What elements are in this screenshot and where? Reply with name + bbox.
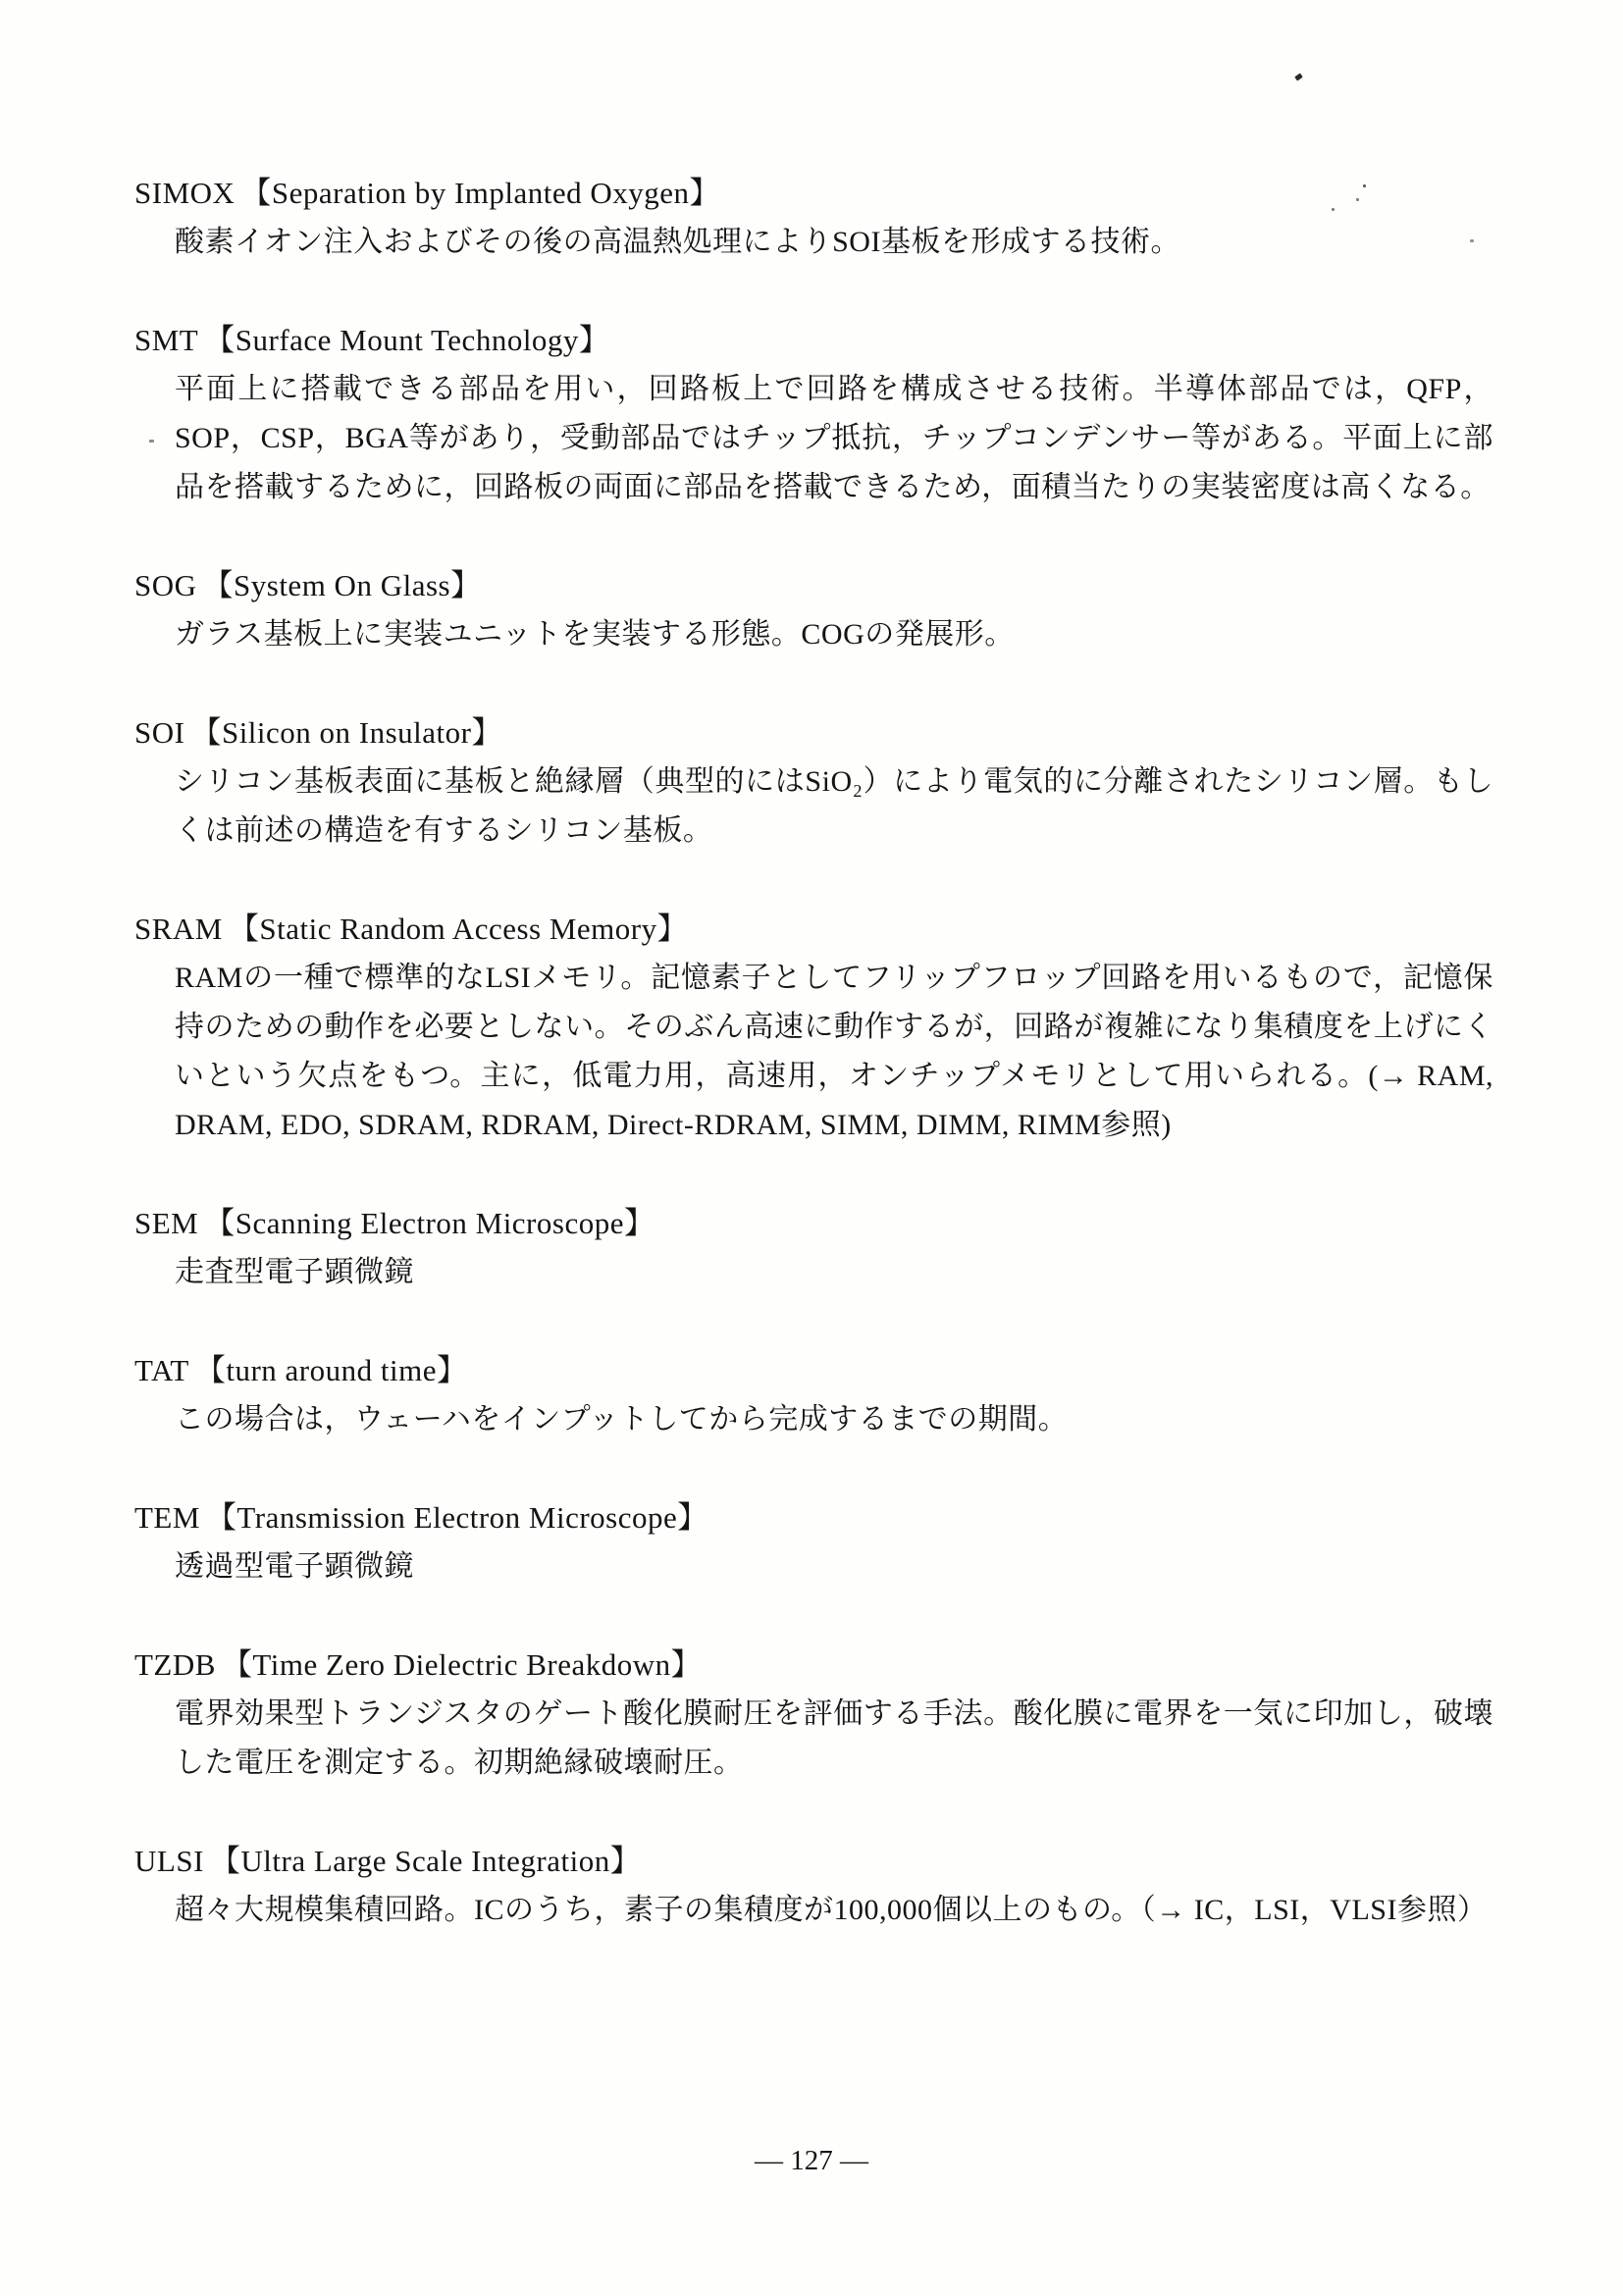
term-abbreviation: SIMOX — [134, 176, 235, 210]
glossary-entry-simox: SIMOX【Separation by Implanted Oxygen】 酸素… — [134, 169, 1493, 267]
entry-header: SOI【Silicon on Insulator】 — [134, 708, 1493, 757]
page-number: — 127 — — [0, 2145, 1623, 2176]
entry-header: SIMOX【Separation by Implanted Oxygen】 — [134, 169, 1493, 218]
term-definition: シリコン基板表面に基板と絶縁層（典型的にはSiO₂）により電気的に分離されたシリ… — [134, 757, 1493, 856]
term-full-name: 【Ultra Large Scale Integration】 — [210, 1844, 641, 1878]
term-definition: RAMの一種で標準的なLSIメモリ。記憶素子としてフリップフロップ回路を用いるも… — [134, 954, 1493, 1150]
glossary-entry-tat: TAT【turn around time】 この場合は，ウェーハをインプットして… — [134, 1346, 1493, 1444]
term-definition: 超々大規模集積回路。ICのうち，素子の集積度が100,000個以上のもの。（→ … — [134, 1886, 1493, 1935]
term-definition: 電界効果型トランジスタのゲート酸化膜耐圧を評価する手法。酸化膜に電界を一気に印加… — [134, 1690, 1493, 1788]
term-full-name: 【turn around time】 — [195, 1353, 468, 1387]
entry-header: SRAM【Static Random Access Memory】 — [134, 905, 1493, 954]
term-definition: 走査型電子顕微鏡 — [134, 1248, 1493, 1297]
term-full-name: 【Surface Mount Technology】 — [204, 323, 609, 357]
entry-header: TAT【turn around time】 — [134, 1346, 1493, 1395]
glossary-entry-sem: SEM【Scanning Electron Microscope】 走査型電子顕… — [134, 1199, 1493, 1297]
scan-speck — [1470, 239, 1474, 242]
scan-speck — [1363, 184, 1366, 187]
term-abbreviation: SEM — [134, 1206, 198, 1240]
glossary-content: SIMOX【Separation by Implanted Oxygen】 酸素… — [0, 0, 1623, 1935]
term-abbreviation: SMT — [134, 323, 198, 357]
term-abbreviation: SRAM — [134, 912, 223, 946]
glossary-entry-smt: SMT【Surface Mount Technology】 平面上に搭載できる部… — [134, 316, 1493, 512]
term-full-name: 【Silicon on Insulator】 — [190, 715, 502, 750]
glossary-entry-tzdb: TZDB【Time Zero Dielectric Breakdown】 電界効… — [134, 1641, 1493, 1788]
term-full-name: 【System On Glass】 — [203, 568, 482, 602]
term-abbreviation: SOG — [134, 568, 197, 602]
term-definition: ガラス基板上に実装ユニットを実装する形態。COGの発展形。 — [134, 610, 1493, 659]
glossary-entry-sram: SRAM【Static Random Access Memory】 RAMの一種… — [134, 905, 1493, 1150]
term-abbreviation: SOI — [134, 715, 184, 750]
entry-header: ULSI【Ultra Large Scale Integration】 — [134, 1837, 1493, 1886]
entry-header: TZDB【Time Zero Dielectric Breakdown】 — [134, 1641, 1493, 1690]
term-abbreviation: TAT — [134, 1353, 189, 1387]
scan-speck — [149, 440, 154, 443]
scan-speck — [1332, 208, 1335, 211]
glossary-entry-ulsi: ULSI【Ultra Large Scale Integration】 超々大規… — [134, 1837, 1493, 1935]
term-full-name: 【Scanning Electron Microscope】 — [204, 1206, 654, 1240]
term-abbreviation: TEM — [134, 1500, 200, 1535]
term-definition: この場合は，ウェーハをインプットしてから完成するまでの期間。 — [134, 1395, 1493, 1444]
entry-header: TEM【Transmission Electron Microscope】 — [134, 1493, 1493, 1542]
entry-header: SMT【Surface Mount Technology】 — [134, 316, 1493, 365]
term-abbreviation: ULSI — [134, 1844, 204, 1878]
entry-header: SOG【System On Glass】 — [134, 561, 1493, 610]
term-full-name: 【Static Random Access Memory】 — [229, 912, 688, 946]
term-definition: 平面上に搭載できる部品を用い，回路板上で回路を構成させる技術。半導体部品では，Q… — [134, 365, 1493, 512]
term-definition: 透過型電子顕微鏡 — [134, 1542, 1493, 1592]
entry-header: SEM【Scanning Electron Microscope】 — [134, 1199, 1493, 1248]
term-full-name: 【Transmission Electron Microscope】 — [206, 1500, 708, 1535]
scan-speck — [1356, 198, 1359, 201]
term-full-name: 【Separation by Implanted Oxygen】 — [240, 176, 720, 210]
glossary-entry-sog: SOG【System On Glass】 ガラス基板上に実装ユニットを実装する形… — [134, 561, 1493, 659]
scanned-glossary-page: SIMOX【Separation by Implanted Oxygen】 酸素… — [0, 0, 1623, 2296]
term-full-name: 【Time Zero Dielectric Breakdown】 — [222, 1647, 702, 1682]
glossary-entry-soi: SOI【Silicon on Insulator】 シリコン基板表面に基板と絶縁… — [134, 708, 1493, 856]
term-abbreviation: TZDB — [134, 1647, 216, 1682]
term-definition: 酸素イオン注入およびその後の高温熱処理によりSOI基板を形成する技術。 — [134, 218, 1493, 267]
glossary-entry-tem: TEM【Transmission Electron Microscope】 透過… — [134, 1493, 1493, 1592]
